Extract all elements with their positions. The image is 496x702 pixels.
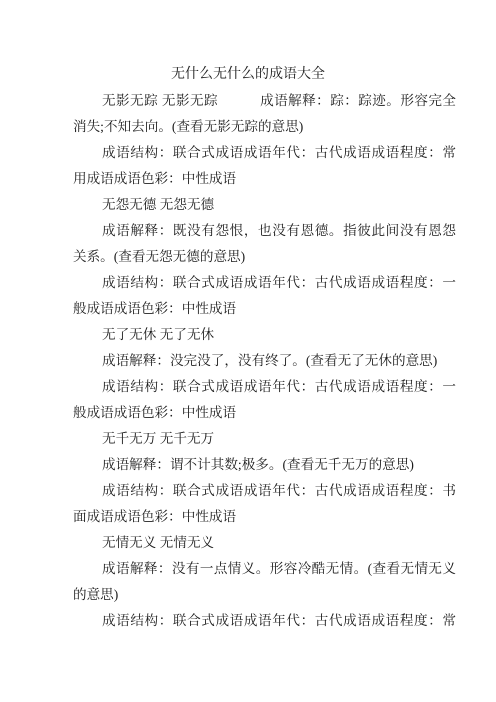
text-line: 成语解释：谓不计其数;极多。(查看无千无万的意思) [73, 452, 456, 478]
text-line: 用成语成语色彩：中性成语 [73, 166, 456, 192]
text-line: 无情无义 无情无义 [73, 530, 456, 556]
text-line: 般成语成语色彩：中性成语 [73, 400, 456, 426]
text-line: 成语解释：没有一点情义。形容冷酷无情。(查看无情无义 [73, 556, 456, 582]
text-line: 成语结构：联合式成语成语年代：古代成语成语程度：常 [73, 140, 456, 166]
text-line: 无千无万 无千无万 [73, 426, 456, 452]
text-line: 成语解释：没完没了，没有终了。(查看无了无休的意思) [73, 348, 456, 374]
text-line: 的意思) [73, 582, 456, 608]
text-line: 成语结构：联合式成语成语年代：古代成语成语程度：一 [73, 374, 456, 400]
text-line: 成语结构：联合式成语成语年代：古代成语成语程度：书 [73, 478, 456, 504]
text-line: 成语结构：联合式成语成语年代：古代成语成语程度：常 [73, 608, 456, 634]
text-line: 成语结构：联合式成语成语年代：古代成语成语程度：一 [73, 270, 456, 296]
text-line: 无了无休 无了无休 [73, 322, 456, 348]
text-line: 面成语成语色彩：中性成语 [73, 504, 456, 530]
text-line: 消失;不知去向。(查看无影无踪的意思) [73, 114, 456, 140]
text-line: 关系。(查看无怨无德的意思) [73, 244, 456, 270]
text-line: 般成语成语色彩：中性成语 [73, 296, 456, 322]
page-title: 无什么无什么的成语大全 [0, 62, 496, 88]
text-line: 成语解释：既没有怨恨，也没有恩德。指彼此间没有恩怨 [73, 218, 456, 244]
document-text-block: 无什么无什么的成语大全无影无踪 无影无踪 成语解释：踪：踪迹。形容完全消失;不知… [0, 62, 496, 634]
text-line: 无怨无德 无怨无德 [73, 192, 456, 218]
document-page: 无什么无什么的成语大全无影无踪 无影无踪 成语解释：踪：踪迹。形容完全消失;不知… [0, 0, 496, 702]
text-line: 无影无踪 无影无踪 成语解释：踪：踪迹。形容完全 [73, 88, 456, 114]
